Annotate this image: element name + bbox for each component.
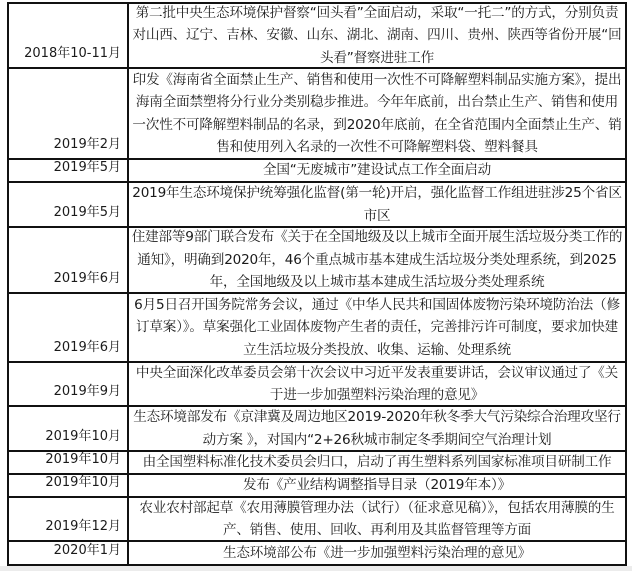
date-cell: 2019年10月: [9, 475, 129, 496]
table-row: 2019年10月 发布《产业结构调整指导目录（2019年本）》: [9, 475, 625, 498]
date-cell: 2019年6月: [9, 228, 129, 292]
date-cell: 2019年12月: [9, 498, 129, 540]
date-cell: 2018年10-11月: [9, 4, 129, 67]
date-cell: 2019年10月: [9, 407, 129, 450]
table-row: 2019年12月 农业农村部起草《农用薄膜管理办法（试行）（征求意见稿）》，包括…: [9, 498, 625, 542]
table-row: 2019年2月 印发《海南省全面禁止生产、销售和使用一次性不可降解塑料制品实施方…: [9, 69, 625, 160]
policy-timeline-table: 2018年10-11月 第二批中央生态环境保护督察“回头看”全面启动，采取“一托…: [7, 2, 627, 566]
event-cell: 由全国塑料标准化技术委员会归口，启动了再生塑料系列国家标准项目研制工作: [129, 452, 625, 473]
event-cell: 第二批中央生态环境保护督察“回头看”全面启动，采取“一托二”的方式，分别负责对山…: [129, 4, 625, 67]
table-row: 2019年5月 2019年生态环境保护统筹强化监督(第一轮)开启，强化监督工作组…: [9, 183, 625, 228]
table-row: 2020年1月 生态环境部公布《进一步加强塑料污染治理的意见》: [9, 542, 625, 566]
table-row: 2019年5月 全国“无废城市”建设试点工作全面启动: [9, 160, 625, 183]
event-text: 2019年生态环境保护统筹强化监督(第一轮)开启，强化监督工作组进驻涉25个省区…: [131, 182, 623, 227]
date-cell: 2019年10月: [9, 452, 129, 473]
event-text: 6月5日召开国务院常务会议，通过《中华人民共和国固体废物污染环境防治法（修订草案…: [131, 294, 623, 362]
event-text: 第二批中央生态环境保护督察“回头看”全面启动，采取“一托二”的方式，分别负责对山…: [131, 2, 623, 70]
event-text: 由全国塑料标准化技术委员会归口，启动了再生塑料系列国家标准项目研制工作: [143, 451, 612, 474]
page-bottom-edge: [0, 566, 632, 571]
table-row: 2019年10月 生态环境部发布《京津冀及周边地区2019-2020年秋冬季大气…: [9, 407, 625, 452]
table-row: 2018年10-11月 第二批中央生态环境保护督察“回头看”全面启动，采取“一托…: [9, 4, 625, 69]
event-cell: 中央全面深化改革委员会第十次会议中习近平发表重要讲话，会议审议通过了《关于进一步…: [129, 363, 625, 405]
table-row: 2019年6月 6月5日召开国务院常务会议，通过《中华人民共和国固体废物污染环境…: [9, 294, 625, 363]
event-text: 住建部等9部门联合发布《关于在全国地级及以上城市全面开展生活垃圾分类工作的通知》…: [131, 226, 623, 294]
event-cell: 发布《产业结构调整指导目录（2019年本）》: [129, 475, 625, 496]
event-cell: 全国“无废城市”建设试点工作全面启动: [129, 160, 625, 181]
event-cell: 住建部等9部门联合发布《关于在全国地级及以上城市全面开展生活垃圾分类工作的通知》…: [129, 228, 625, 292]
event-cell: 生态环境部发布《京津冀及周边地区2019-2020年秋冬季大气污染综合治理攻坚行…: [129, 407, 625, 450]
date-cell: 2019年2月: [9, 69, 129, 158]
event-text: 中央全面深化改革委员会第十次会议中习近平发表重要讲话，会议审议通过了《关于进一步…: [131, 362, 623, 407]
event-cell: 印发《海南省全面禁止生产、销售和使用一次性不可降解塑料制品实施方案》，提出海南全…: [129, 69, 625, 158]
event-cell: 2019年生态环境保护统筹强化监督(第一轮)开启，强化监督工作组进驻涉25个省区…: [129, 183, 625, 226]
date-cell: 2020年1月: [9, 542, 129, 564]
table-row: 2019年6月 住建部等9部门联合发布《关于在全国地级及以上城市全面开展生活垃圾…: [9, 228, 625, 294]
event-text: 全国“无废城市”建设试点工作全面启动: [263, 159, 491, 182]
event-text: 印发《海南省全面禁止生产、销售和使用一次性不可降解塑料制品实施方案》，提出海南全…: [131, 69, 623, 159]
event-text: 生态环境部发布《京津冀及周边地区2019-2020年秋冬季大气污染综合治理攻坚行…: [131, 406, 623, 451]
event-text: 生态环境部公布《进一步加强塑料污染治理的意见》: [223, 542, 531, 565]
event-cell: 生态环境部公布《进一步加强塑料污染治理的意见》: [129, 542, 625, 564]
event-text: 发布《产业结构调整指导目录（2019年本）》: [243, 474, 511, 497]
date-cell: 2019年6月: [9, 294, 129, 361]
event-cell: 农业农村部起草《农用薄膜管理办法（试行）（征求意见稿）》，包括农用薄膜的生产、销…: [129, 498, 625, 540]
date-cell: 2019年5月: [9, 160, 129, 181]
event-text: 农业农村部起草《农用薄膜管理办法（试行）（征求意见稿）》，包括农用薄膜的生产、销…: [131, 497, 623, 542]
table-row: 2019年9月 中央全面深化改革委员会第十次会议中习近平发表重要讲话，会议审议通…: [9, 363, 625, 407]
date-cell: 2019年5月: [9, 183, 129, 226]
event-cell: 6月5日召开国务院常务会议，通过《中华人民共和国固体废物污染环境防治法（修订草案…: [129, 294, 625, 361]
date-cell: 2019年9月: [9, 363, 129, 405]
